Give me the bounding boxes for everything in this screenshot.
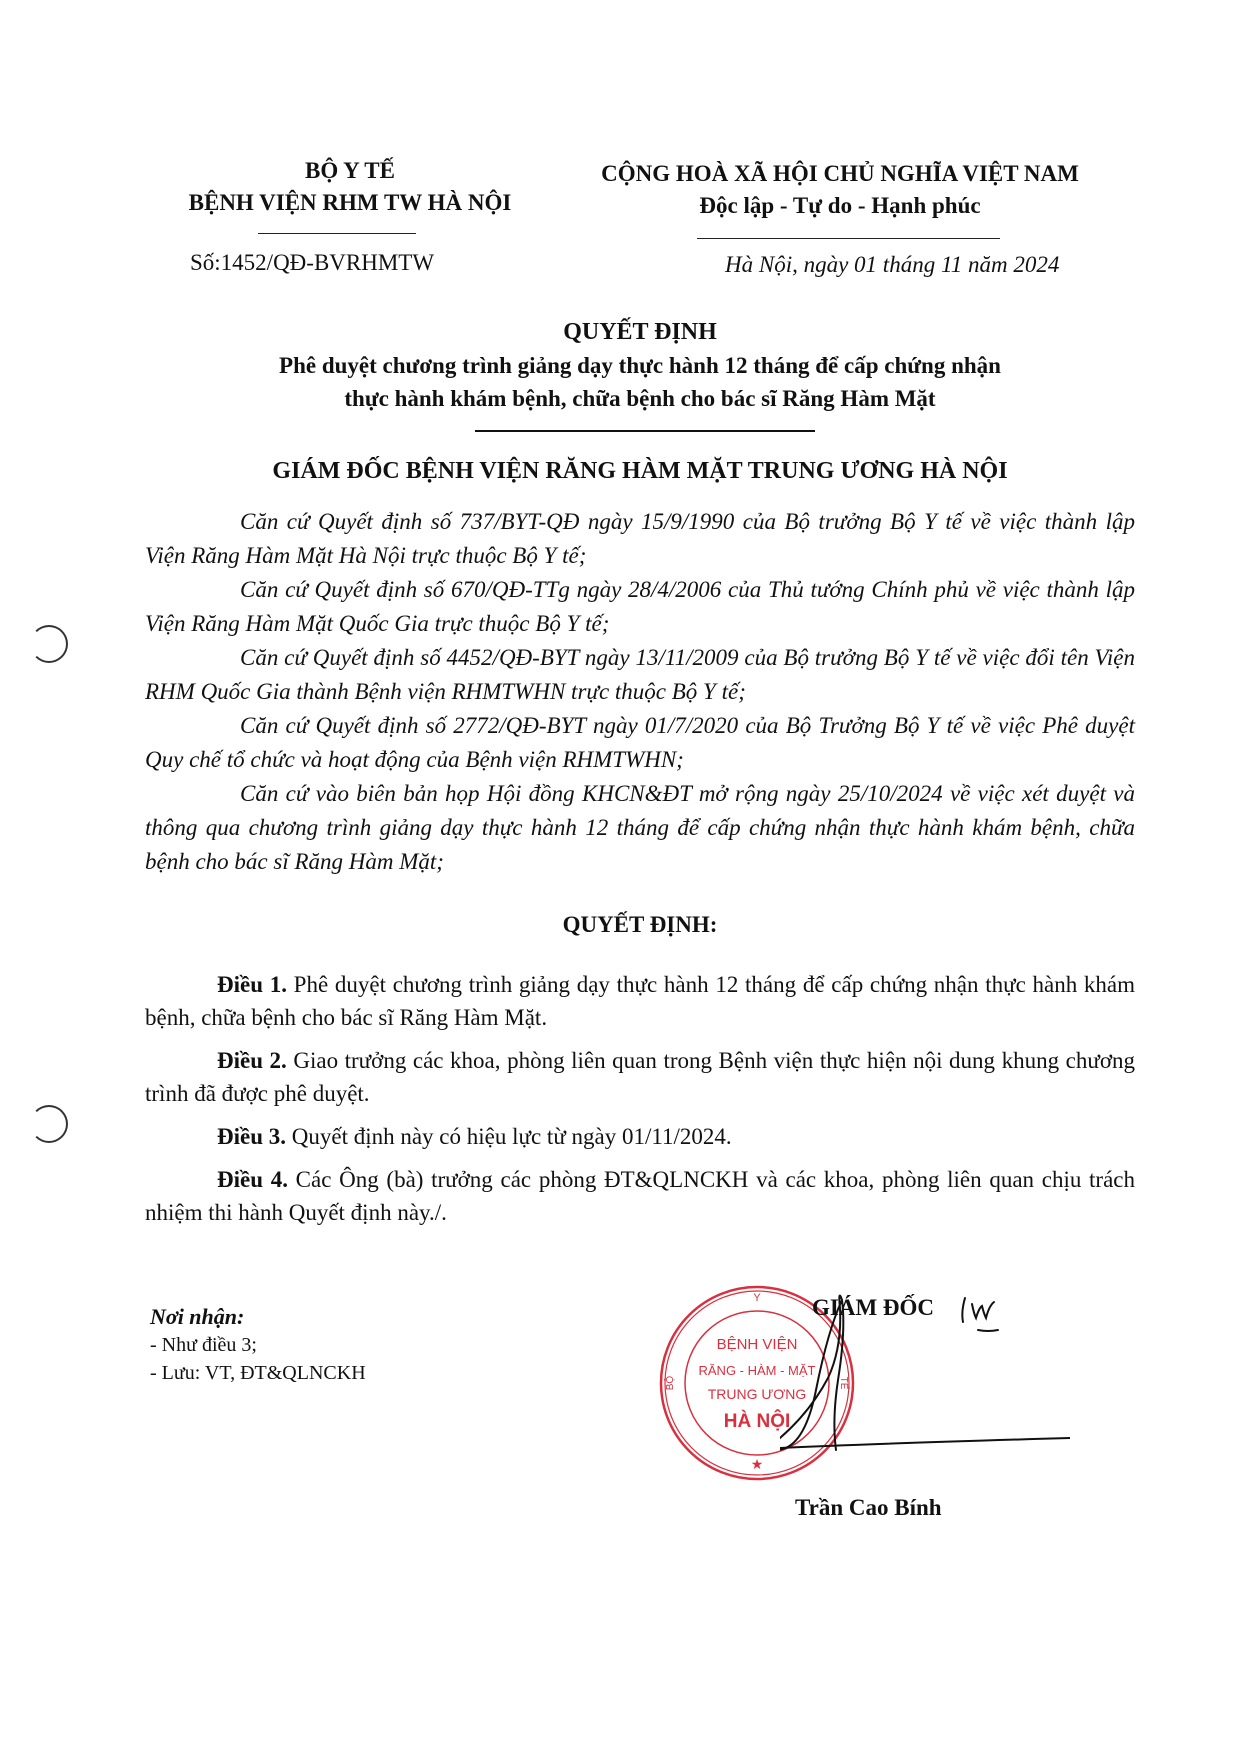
article-text: Các Ông (bà) trưởng các phòng ĐT&QLNCKH … (145, 1167, 1135, 1225)
article-label: Điều 1. (217, 972, 287, 997)
decision-heading: QUYẾT ĐỊNH: (120, 912, 1160, 938)
divider (697, 238, 1000, 239)
handwritten-signature (780, 1290, 1070, 1490)
organization-name: BỆNH VIỆN RHM TW HÀ NỘI (150, 187, 550, 219)
national-motto: Độc lập - Tự do - Hạnh phúc (555, 190, 1125, 222)
recipient-item: - Như điều 3; (150, 1331, 366, 1359)
article-3: Điều 3. Quyết định này có hiệu lực từ ng… (145, 1120, 1135, 1153)
ministry-name: BỘ Y TẾ (150, 155, 550, 187)
issuer-block: BỘ Y TẾ BỆNH VIỆN RHM TW HÀ NỘI (150, 155, 550, 219)
divider (475, 430, 815, 432)
country-name: CỘNG HOÀ XÃ HỘI CHỦ NGHĨA VIỆT NAM (555, 158, 1125, 190)
subject-line-1: Phê duyệt chương trình giảng dạy thực hà… (120, 349, 1160, 382)
legal-basis-item: Căn cứ Quyết định số 4452/QĐ-BYT ngày 13… (145, 641, 1135, 709)
punch-hole-mark (30, 1105, 68, 1143)
article-label: Điều 3. (217, 1124, 286, 1149)
document-title: QUYẾT ĐỊNH Phê duyệt chương trình giảng … (120, 315, 1160, 415)
stamp-outer-left: BỘ (663, 1376, 676, 1391)
stamp-outer-top: Y (753, 1292, 761, 1304)
article-text: Quyết định này có hiệu lực từ ngày 01/11… (286, 1124, 732, 1149)
doc-type: QUYẾT ĐỊNH (120, 315, 1160, 349)
recipients-heading: Nơi nhận: (150, 1303, 366, 1331)
issuing-authority: GIÁM ĐỐC BỆNH VIỆN RĂNG HÀM MẶT TRUNG ƯƠ… (120, 458, 1160, 485)
article-label: Điều 2. (217, 1048, 287, 1073)
article-label: Điều 4. (217, 1167, 288, 1192)
national-header: CỘNG HOÀ XÃ HỘI CHỦ NGHĨA VIỆT NAM Độc l… (555, 158, 1125, 222)
recipient-item: - Lưu: VT, ĐT&QLNCKH (150, 1359, 366, 1387)
article-text: Giao trưởng các khoa, phòng liên quan tr… (145, 1048, 1135, 1106)
document-number: Số:1452/QĐ-BVRHMTW (190, 250, 434, 276)
punch-hole-mark (30, 625, 68, 663)
legal-basis-item: Căn cứ vào biên bản họp Hội đồng KHCN&ĐT… (145, 777, 1135, 879)
legal-basis-item: Căn cứ Quyết định số 737/BYT-QĐ ngày 15/… (145, 505, 1135, 573)
star-icon: ★ (751, 1456, 764, 1472)
divider (258, 233, 416, 234)
signer-name: Trần Cao Bính (795, 1495, 942, 1521)
legal-basis-item: Căn cứ Quyết định số 670/QĐ-TTg ngày 28/… (145, 573, 1135, 641)
article-2: Điều 2. Giao trưởng các khoa, phòng liên… (145, 1044, 1135, 1110)
subject-line-2: thực hành khám bệnh, chữa bệnh cho bác s… (120, 382, 1160, 415)
article-4: Điều 4. Các Ông (bà) trưởng các phòng ĐT… (145, 1163, 1135, 1229)
issue-date: Hà Nội, ngày 01 tháng 11 năm 2024 (725, 252, 1059, 278)
legal-bases: Căn cứ Quyết định số 737/BYT-QĐ ngày 15/… (145, 505, 1135, 879)
article-1: Điều 1. Phê duyệt chương trình giảng dạy… (145, 968, 1135, 1034)
recipients: Nơi nhận: - Như điều 3; - Lưu: VT, ĐT&QL… (150, 1303, 366, 1387)
articles: Điều 1. Phê duyệt chương trình giảng dạy… (145, 968, 1135, 1239)
article-text: Phê duyệt chương trình giảng dạy thực hà… (145, 972, 1135, 1030)
legal-basis-item: Căn cứ Quyết định số 2772/QĐ-BYT ngày 01… (145, 709, 1135, 777)
